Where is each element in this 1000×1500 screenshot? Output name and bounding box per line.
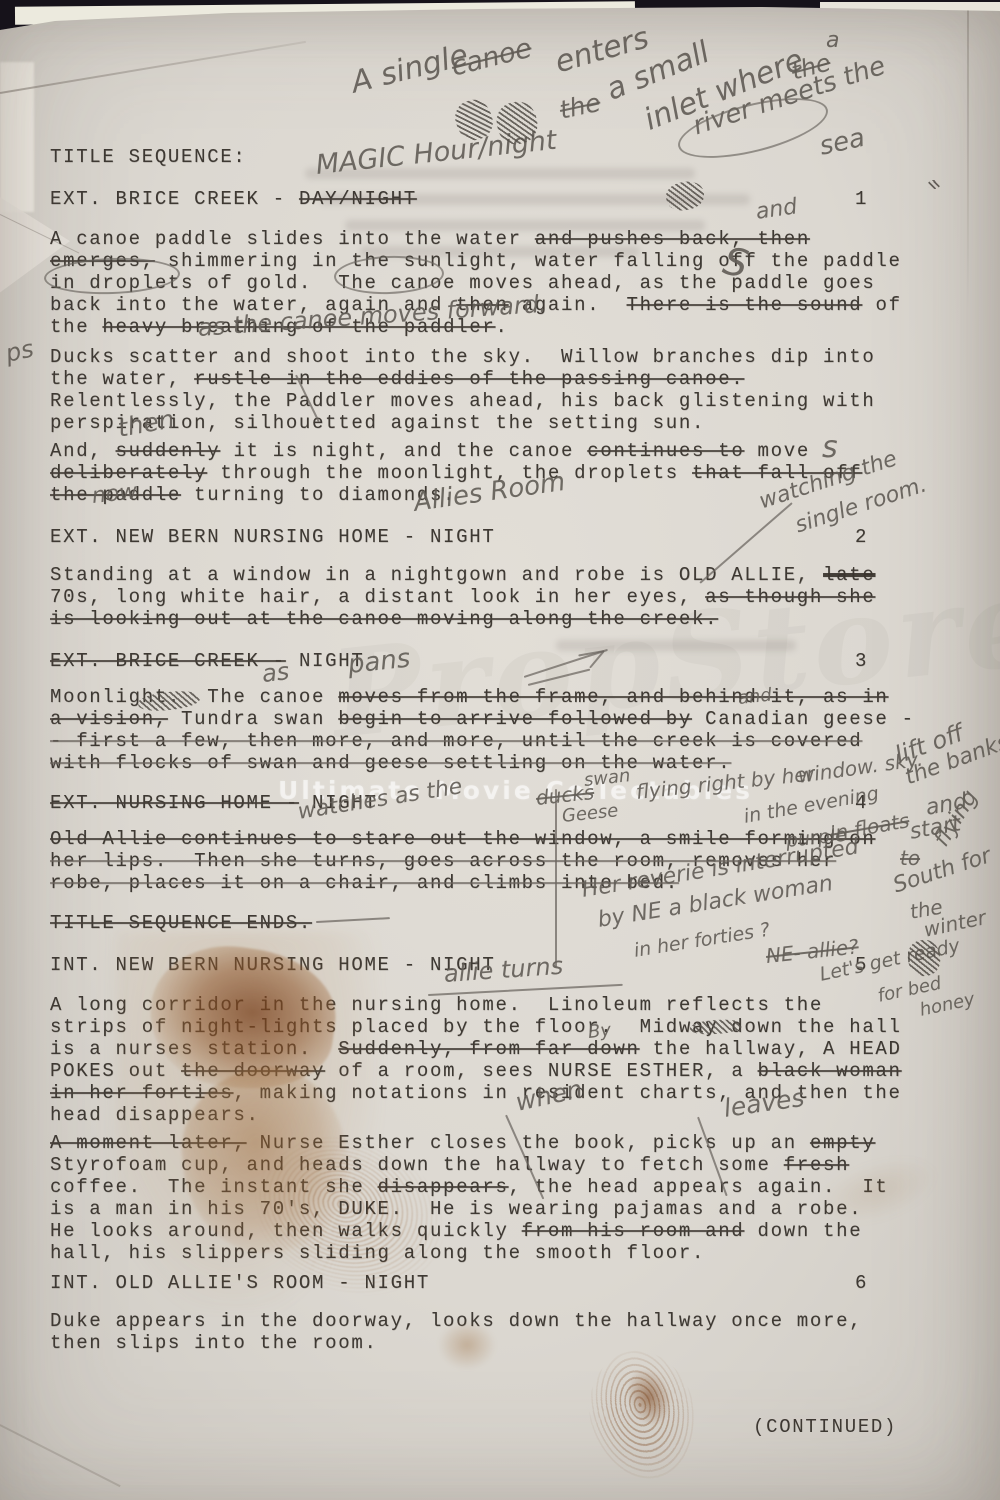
pencil-mark-scribble	[928, 180, 940, 189]
typed-line: TITLE SEQUENCE:	[50, 146, 247, 168]
typed-text: hall, his slippers sliding along the smo…	[50, 1242, 705, 1264]
struck-text: the doorway	[181, 1060, 325, 1082]
struck-text: in her forties	[50, 1082, 233, 1104]
struck-text: a vision,	[50, 708, 168, 730]
typed-text: Nurse Esther closes the book, picks up a…	[247, 1132, 810, 1154]
typed-text: A long corridor in the nursing home. Lin…	[50, 994, 823, 1016]
scanned-script-page: PropStore Ultimate Movie Collectables TI…	[0, 0, 1000, 1500]
pencil-annotation: now	[91, 479, 139, 509]
typed-line: A moment later, Nurse Esther closes the …	[50, 1132, 889, 1154]
typed-text: Ducks scatter and shoot into the sky. Wi…	[50, 346, 875, 368]
typed-text: POKES out	[50, 1060, 181, 1082]
struck-text: EXT. NURSING HOME -	[50, 792, 299, 814]
typed-text: TITLE SEQUENCE:	[50, 146, 247, 168]
typed-line: a vision, Tundra swan begin to arrive fo…	[50, 708, 915, 730]
struck-text: black woman	[758, 1060, 902, 1082]
typed-line: EXT. BRICE CREEK - NIGHT	[50, 650, 364, 672]
pencil-annotation: a	[826, 28, 839, 53]
typed-line: Ducks scatter and shoot into the sky. Wi…	[50, 346, 875, 368]
struck-text: rustle in the eddies of the passing cano…	[194, 368, 744, 390]
typed-text: EXT. NEW BERN NURSING HOME - NIGHT	[50, 526, 495, 548]
pencil-annotation: By	[587, 1020, 612, 1043]
pencil-annotation: ps	[3, 335, 36, 368]
typed-line: INT. NEW BERN NURSING HOME - NIGHT	[50, 954, 495, 976]
scene-number: 2	[855, 526, 868, 548]
typed-line: Duke appears in the doorway, looks down …	[50, 1310, 862, 1332]
pencil-mark-line	[316, 917, 390, 923]
typed-text: Canadian geese -	[692, 708, 915, 730]
continued-label: (CONTINUED)	[753, 1416, 897, 1438]
typed-text: the hallway, A HEAD	[640, 1038, 902, 1060]
struck-text: There is the sound	[627, 294, 863, 316]
typed-text: Styrofoam cup, and heads down the hallwa…	[50, 1154, 784, 1176]
typed-text: INT. NEW BERN NURSING HOME - NIGHT	[50, 954, 495, 976]
struck-text: begin to arrive followed by	[338, 708, 692, 730]
struck-text: empty	[810, 1132, 876, 1154]
pencil-mark-line	[555, 789, 557, 967]
struck-text: and pushes back, then	[535, 228, 810, 250]
typed-text: strips of night-lights placed by the flo…	[50, 1016, 902, 1038]
struck-text: suddenly	[116, 440, 221, 462]
typed-text: head disappears.	[50, 1104, 260, 1126]
typed-line: deliberately through the moonlight, the …	[50, 462, 862, 484]
typed-text: down the	[744, 1220, 862, 1242]
struck-text: moves from the frame, and behind it, as …	[338, 686, 888, 708]
typed-text: of a room, sees NURSE ESTHER, a	[325, 1060, 757, 1082]
struck-text: continues to	[587, 440, 744, 462]
script-paragraph: Standing at a window in a nightgown and …	[50, 564, 875, 630]
typed-line: is a man in his 70's, DUKE. He is wearin…	[50, 1198, 889, 1220]
typed-line: the water, rustle in the eddies of the p…	[50, 368, 875, 390]
scene-number: 1	[855, 188, 868, 210]
typed-line: Standing at a window in a nightgown and …	[50, 564, 875, 586]
typed-text: shimmering in the sunlight, water fallin…	[155, 250, 902, 272]
typed-line: A canoe paddle slides into the water and…	[50, 228, 902, 250]
typed-text: is a nurses station.	[50, 1038, 338, 1060]
struck-text: fresh	[784, 1154, 850, 1176]
typed-text: INT. OLD ALLIE'S ROOM - NIGHT	[50, 1272, 430, 1294]
typed-text: move	[744, 440, 810, 462]
struck-text: DAY/NIGHT	[299, 188, 417, 210]
scene-heading: TITLE SEQUENCE ENDS.	[50, 912, 312, 934]
script-paper: PropStore Ultimate Movie Collectables TI…	[0, 0, 1000, 1500]
typed-line: He looks around, then walks quickly from…	[50, 1220, 889, 1242]
typed-text: then slips into the room.	[50, 1332, 378, 1354]
typed-line: POKES out the doorway of a room, sees NU…	[50, 1060, 902, 1082]
typed-text: A canoe paddle slides into the water	[50, 228, 535, 250]
scene-heading: TITLE SEQUENCE:	[50, 146, 247, 168]
typed-text: , the head appears again. It	[509, 1176, 889, 1198]
pencil-annotation: s	[822, 430, 838, 465]
fingerprint-stain	[620, 1363, 678, 1431]
script-paragraph: Duke appears in the doorway, looks down …	[50, 1310, 862, 1354]
typed-text: Relentlessly, the Paddler moves ahead, h…	[50, 390, 875, 412]
typed-line: Old Allie continues to stare out the win…	[50, 828, 875, 850]
typed-line: TITLE SEQUENCE ENDS.	[50, 912, 312, 934]
struck-text: as though she	[705, 586, 875, 608]
scene-heading: EXT. NEW BERN NURSING HOME - NIGHT2	[50, 526, 495, 548]
pencil-annotation: in her forties ?	[632, 919, 771, 962]
typed-line: And, suddenly it is night, and the canoe…	[50, 440, 862, 462]
typed-line: hall, his slippers sliding along the smo…	[50, 1242, 889, 1264]
scene-number: 6	[855, 1272, 868, 1294]
scene-number: 3	[855, 650, 868, 672]
struck-text: disappears	[378, 1176, 509, 1198]
struck-text: late	[823, 564, 875, 586]
typed-line: Styrofoam cup, and heads down the hallwa…	[50, 1154, 889, 1176]
typed-line: EXT. NEW BERN NURSING HOME - NIGHT	[50, 526, 495, 548]
paper-crease	[0, 1424, 121, 1487]
typed-text: the	[50, 316, 102, 338]
scene-heading: INT. NEW BERN NURSING HOME - NIGHT5	[50, 954, 495, 976]
typed-line: is looking out at the canoe moving along…	[50, 608, 875, 630]
typed-text: And,	[50, 440, 116, 462]
pencil-annotation: Geese	[561, 800, 619, 827]
struck-text: TITLE SEQUENCE ENDS.	[50, 912, 312, 934]
typed-text: 70s, long white hair, a distant look in …	[50, 586, 705, 608]
struck-text: A moment later,	[50, 1132, 247, 1154]
fingerprint-stain	[576, 1339, 709, 1491]
scene-heading: EXT. BRICE CREEK - DAY/NIGHT1	[50, 188, 417, 210]
typed-line: then slips into the room.	[50, 1332, 862, 1354]
script-paragraph: A moment later, Nurse Esther closes the …	[50, 1132, 889, 1264]
pencil-mark-scribble	[664, 179, 706, 213]
paper-edge-highlight	[0, 62, 34, 212]
paper-crease	[967, 0, 969, 310]
typed-line: A long corridor in the nursing home. Lin…	[50, 994, 902, 1016]
struck-text: is looking out at the canoe moving along…	[50, 608, 718, 630]
struck-text: from his room and	[522, 1220, 745, 1242]
typed-text: EXT. BRICE CREEK -	[50, 188, 299, 210]
pencil-annotation: as	[261, 657, 291, 688]
pencil-annotation: sea	[817, 123, 868, 162]
struck-text: Old Allie continues to stare out the win…	[50, 828, 875, 850]
pencil-annotation: the	[557, 88, 603, 125]
typed-text: Duke appears in the doorway, looks down …	[50, 1310, 862, 1332]
typed-text: He looks around, then walks quickly	[50, 1220, 522, 1242]
typed-text: is a man in his 70's, DUKE. He is wearin…	[50, 1198, 862, 1220]
typed-text: it is night, and the canoe	[220, 440, 587, 462]
typed-line: EXT. BRICE CREEK - DAY/NIGHT	[50, 188, 417, 210]
typed-line: is a nurses station. Suddenly, from far …	[50, 1038, 902, 1060]
pencil-annotation: and	[737, 685, 773, 709]
typed-text: of	[862, 294, 901, 316]
typed-line: coffee. The instant she disappears, the …	[50, 1176, 889, 1198]
scene-heading: EXT. BRICE CREEK - NIGHT3	[50, 650, 364, 672]
struck-text: EXT. BRICE CREEK -	[50, 650, 286, 672]
typed-text: through the moonlight, the droplets	[207, 462, 692, 484]
typed-text: Tundra swan	[168, 708, 338, 730]
scene-heading: INT. OLD ALLIE'S ROOM - NIGHT6	[50, 1272, 430, 1294]
typed-line: Relentlessly, the Paddler moves ahead, h…	[50, 390, 875, 412]
paper-crease	[0, 41, 306, 94]
typed-line: 70s, long white hair, a distant look in …	[50, 586, 875, 608]
typed-line: INT. OLD ALLIE'S ROOM - NIGHT	[50, 1272, 430, 1294]
typed-line: strips of night-lights placed by the flo…	[50, 1016, 902, 1038]
typed-line: - first a few, then more, and more, unti…	[50, 730, 915, 752]
typed-text: the water,	[50, 368, 194, 390]
pencil-annotation: and	[754, 194, 798, 225]
struck-text: - first a few, then more, and more, unti…	[50, 730, 862, 752]
typed-text: coffee. The instant she	[50, 1176, 378, 1198]
